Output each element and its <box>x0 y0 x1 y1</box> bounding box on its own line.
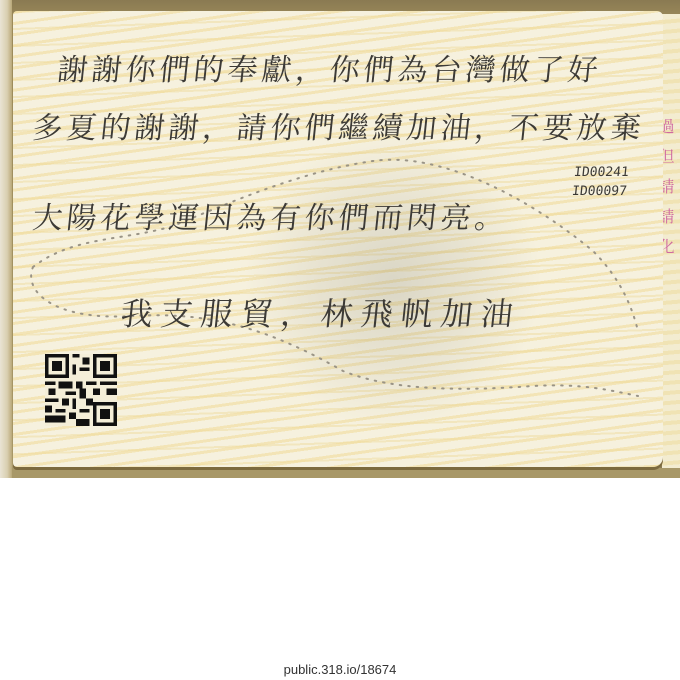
handwritten-line-2: 多夏的謝謝，請你們繼續加油，不要放棄 <box>31 103 648 147</box>
handwritten-line-3: 大陽花學運因為有你們而閃亮。 <box>31 193 512 237</box>
id-labels: ID00241 ID00097 <box>571 163 630 201</box>
id-label-1: ID00241 <box>573 163 630 182</box>
handwritten-card: 謝謝你們的奉獻，你們為台灣做了好 多夏的謝謝，請你們繼續加油，不要放棄 大陽花學… <box>13 11 663 467</box>
photo: 過但請請化 謝謝你們的奉獻，你們為台灣做了好 多夏的謝謝，請你們繼續加油，不要放… <box>0 0 680 478</box>
source-url: public.318.io/18674 <box>0 662 680 677</box>
qr-code-icon <box>45 354 117 426</box>
handwritten-line-4: 我支服貿，林飛帆加油 <box>119 289 524 335</box>
adjacent-card-pink-text: 過但請請化 <box>666 118 680 268</box>
id-label-2: ID00097 <box>571 182 628 201</box>
adjacent-card-left <box>0 0 12 478</box>
handwritten-line-1: 謝謝你們的奉獻，你們為台灣做了好 <box>56 45 605 89</box>
